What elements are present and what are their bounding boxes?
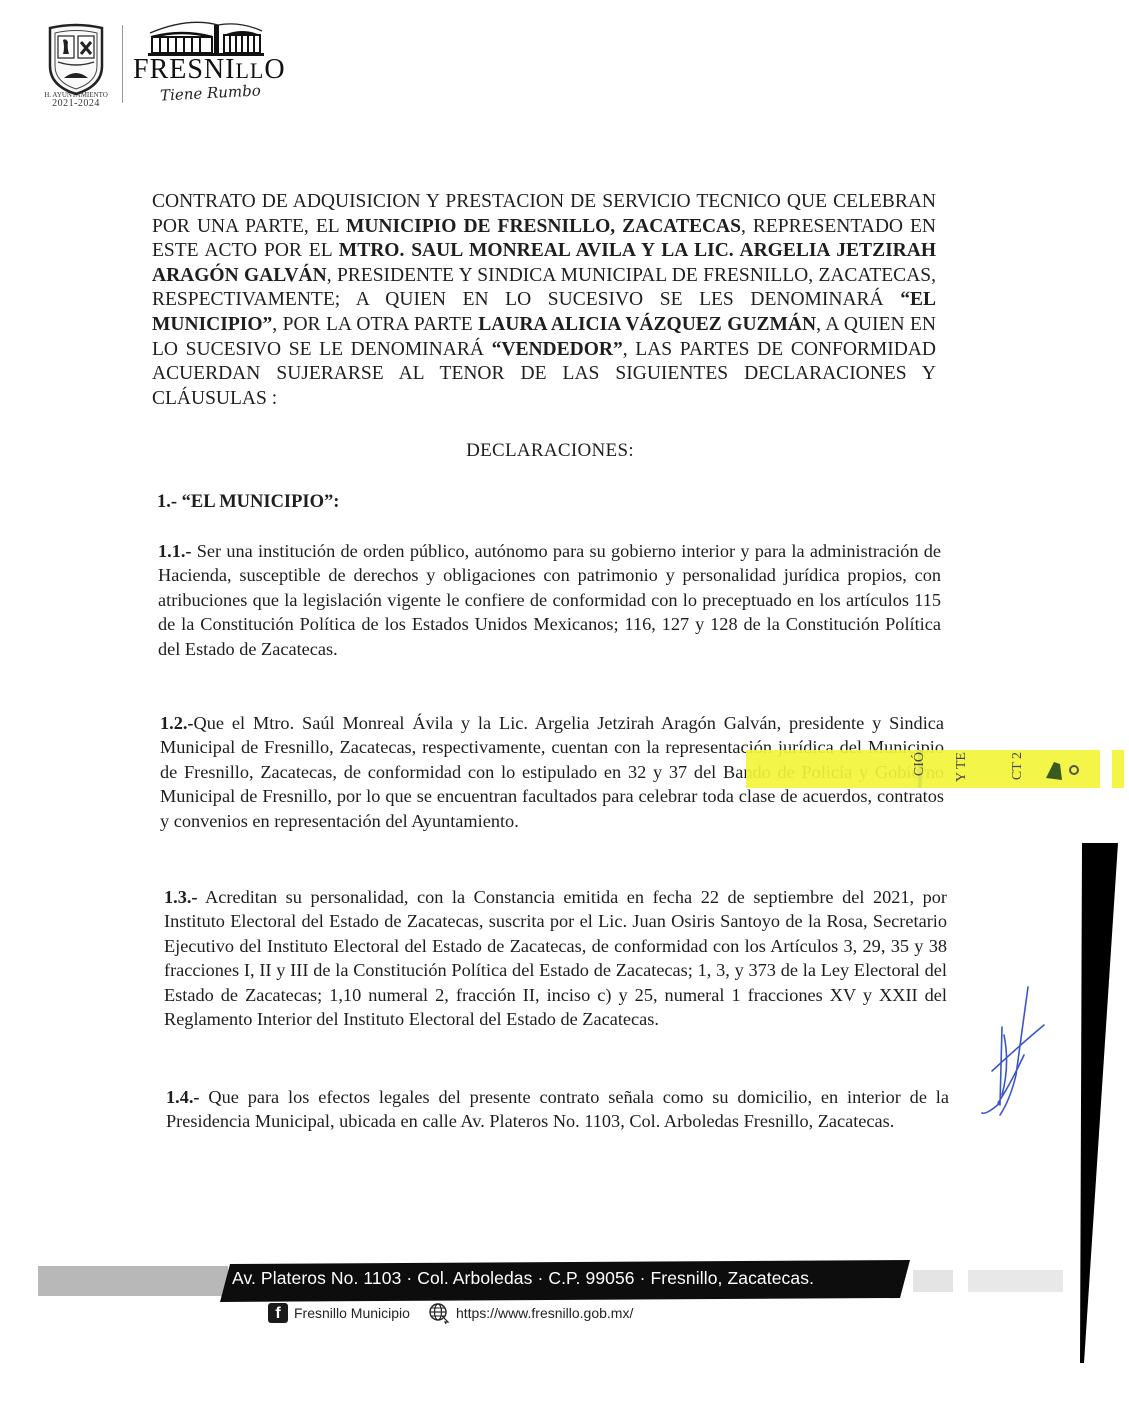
intro-alias-vendor: “VENDEDOR” [492, 339, 623, 360]
clause-number: 1.2.- [160, 713, 194, 733]
municipal-crest-logo [44, 22, 108, 96]
clause-text: Acreditan su personalidad, con la Consta… [164, 887, 947, 1029]
brand-tagline: Tiene Rumbo [160, 81, 262, 104]
intro-party-vendor: LAURA ALICIA VÁZQUEZ GUZMÁN [478, 314, 816, 335]
footer-links: f Fresnillo Municipio https://www.fresni… [268, 1302, 633, 1324]
handwritten-signature [980, 985, 1050, 1120]
globe-icon [428, 1302, 450, 1324]
brand-name: FRESNILLO [133, 54, 286, 86]
vertical-fragment: CIÓ [912, 752, 928, 776]
facebook-icon[interactable]: f [268, 1303, 288, 1323]
brand-name-part: LL [235, 58, 264, 83]
contract-intro: CONTRATO DE ADQUISICION Y PRESTACION DE … [152, 190, 936, 411]
scan-edge-shadow [1080, 843, 1120, 1363]
declaration-1-3: 1.3.- Acreditan su personalidad, con la … [164, 885, 947, 1031]
brand-name-part: O [264, 54, 285, 85]
brand-name-part: FRESNI [133, 54, 235, 85]
clause-number: 1.4.- [166, 1087, 200, 1107]
declaration-1-1: 1.1.- Ser una institución de orden públi… [158, 539, 941, 661]
vertical-fragment: Y TE [954, 752, 970, 782]
clause-text: Ser una institución de orden público, au… [158, 541, 941, 659]
clause-number: 1.1.- [158, 541, 192, 561]
clause-number: 1.3.- [164, 887, 198, 907]
fresnillo-skyline-logo [148, 19, 264, 57]
highlight-gap [1100, 750, 1112, 788]
header-divider [122, 25, 123, 103]
declaration-1-4: 1.4.- Que para los efectos legales del p… [166, 1085, 949, 1134]
clause-text: Que para los efectos legales del present… [166, 1087, 949, 1131]
intro-text: , POR LA OTRA PARTE [272, 314, 478, 335]
website-link[interactable]: https://www.fresnillo.gob.mx/ [456, 1305, 633, 1321]
crest-years: 2021-2024 [36, 99, 116, 109]
stamp-fragment-icon [1044, 758, 1092, 782]
footer-address: Av. Plateros No. 1103 · Col. Arboledas ·… [232, 1268, 814, 1289]
crest-caption: H. AYUNTAMIENTO 2021-2024 [36, 91, 116, 109]
intro-party-municipio: MUNICIPIO DE FRESNILLO, ZACATECAS [346, 216, 741, 237]
facebook-link[interactable]: Fresnillo Municipio [294, 1305, 410, 1321]
section-heading: 1.- “EL MUNICIPIO”: [157, 492, 339, 513]
vertical-fragment: CT 2 [1010, 752, 1026, 780]
declarations-title: DECLARACIONES: [0, 440, 1100, 462]
